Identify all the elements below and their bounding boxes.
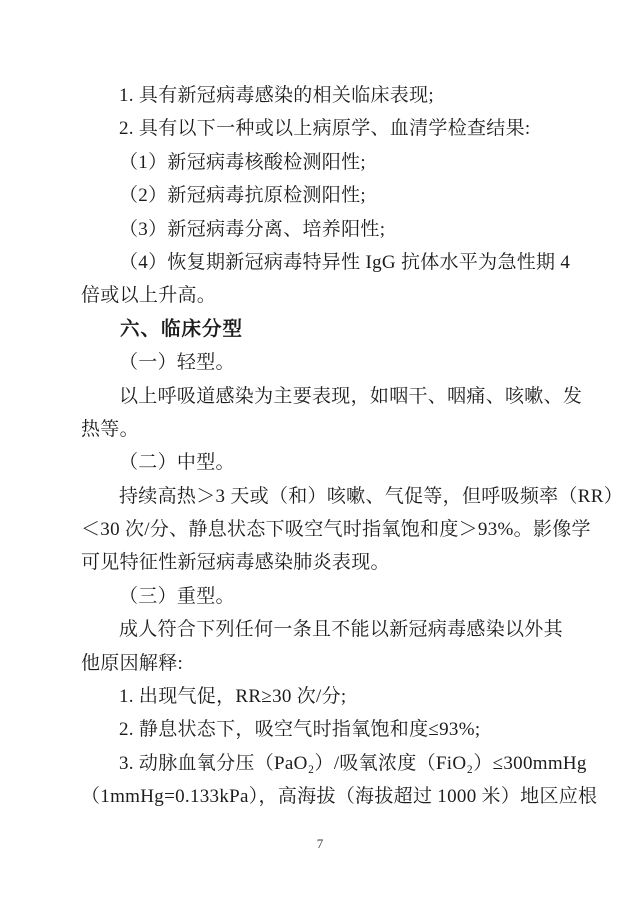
text-line-antigen-positive: （2）新冠病毒抗原检测阳性; [81, 179, 558, 212]
text-line-culture-positive: （3）新冠病毒分离、培养阳性; [81, 213, 558, 246]
text-line-mild-description-cont: 热等。 [81, 413, 558, 446]
text-line-etiology-serology-intro: 2. 具有以下一种或以上病原学、血清学检查结果: [81, 112, 558, 145]
document-page: 1. 具有新冠病毒感染的相关临床表现; 2. 具有以下一种或以上病原学、血清学检… [0, 0, 640, 904]
text-line-moderate-description: 持续高热＞3 天或（和）咳嗽、气促等，但呼吸频率（RR） [81, 480, 558, 513]
text-line-mild-description: 以上呼吸道感染为主要表现，如咽干、咽痛、咳嗽、发 [81, 380, 558, 413]
text-line-severe-criterion-3: 3. 动脉血氧分压（PaO₂）/吸氧浓度（FiO₂）≤300mmHg [81, 747, 558, 780]
text-line-nucleic-acid-positive: （1）新冠病毒核酸检测阳性; [81, 146, 558, 179]
text-line-moderate-description-cont2: 可见特征性新冠病毒感染肺炎表现。 [81, 546, 558, 579]
text-line-severe-criterion-2: 2. 静息状态下，吸空气时指氧饱和度≤93%; [81, 713, 558, 746]
subheading-moderate-type: （二）中型。 [81, 446, 558, 479]
text-line-clinical-manifestation: 1. 具有新冠病毒感染的相关临床表现; [81, 79, 558, 112]
text-line-severe-criterion-1: 1. 出现气促，RR≥30 次/分; [81, 680, 558, 713]
text-line-moderate-description-cont1: ＜30 次/分、静息状态下吸空气时指氧饱和度＞93%。影像学 [81, 513, 558, 546]
text-line-severe-criterion-3-cont: （1mmHg=0.133kPa），高海拔（海拔超过 1000 米）地区应根 [81, 780, 558, 813]
page-number: 7 [0, 836, 640, 852]
subheading-severe-type: （三）重型。 [81, 580, 558, 613]
text-line-severe-criteria-intro-cont: 他原因解释: [81, 647, 558, 680]
text-line-severe-criteria-intro: 成人符合下列任何一条且不能以新冠病毒感染以外其 [81, 613, 558, 646]
section-heading-clinical-classification: 六、临床分型 [81, 313, 558, 346]
text-block: 1. 具有新冠病毒感染的相关临床表现; 2. 具有以下一种或以上病原学、血清学检… [81, 79, 558, 814]
text-line-igg-antibody-cont: 倍或以上升高。 [81, 279, 558, 312]
subheading-mild-type: （一）轻型。 [81, 346, 558, 379]
text-line-igg-antibody: （4）恢复期新冠病毒特异性 IgG 抗体水平为急性期 4 [81, 246, 558, 279]
